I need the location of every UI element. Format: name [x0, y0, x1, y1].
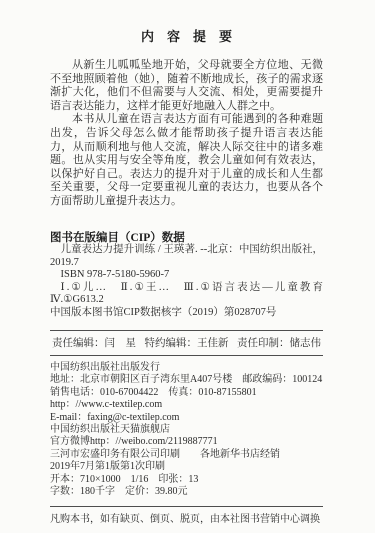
- credits-row: 责任编辑：闫 星 特约编辑：王佳新 责任印制：储志伟: [50, 331, 323, 355]
- publisher-email-line: E-mail：faxing@c-textilep.com: [50, 412, 323, 424]
- cip-title: 图书在版编目（CIP）数据: [50, 232, 323, 245]
- book-copyright-page: 内 容 提 要 从新生儿呱呱坠地开始，父母就要全方位地、无微不至地照顾着他（她）…: [0, 0, 375, 533]
- cip-classification: Ⅰ.①儿… Ⅱ.①王… Ⅲ.①语言表达—儿童教育 Ⅳ.①G613.2: [50, 282, 323, 307]
- publisher-phone-line: 销售电话：010-67004422 传真：010-87155801: [50, 387, 323, 399]
- credit-special-editor: 特约编辑：王佳新: [145, 335, 229, 350]
- publisher-info-block: 中国纺织出版社出版发行 地址：北京市朝阳区百子湾东里A407号楼 邮政编码：10…: [50, 362, 323, 498]
- publisher-weibo-line: 官方微博http：//weibo.com/2119887771: [50, 436, 323, 448]
- credit-label: 特约编辑：: [145, 338, 198, 349]
- credit-responsible-editor: 责任编辑：闫 星: [52, 335, 136, 350]
- summary-paragraph-2: 本书从儿童在语言表达方面有可能遇到的各种难题出发，告诉父母怎么做才能帮助孩子提升…: [50, 113, 323, 208]
- credit-label: 责任印制：: [237, 338, 290, 349]
- cip-record-number: 中国版本图书馆CIP数据核字（2019）第028707号: [50, 307, 323, 320]
- edition-line: 2019年7月第1版第1次印刷: [50, 461, 323, 473]
- wordcount-price-line: 字数：180千字 定价：39.80元: [50, 486, 323, 498]
- credit-name: 储志伟: [290, 338, 322, 349]
- cip-block: 图书在版编目（CIP）数据 儿童表达力提升训练 / 王瑛著. --北京：中国纺织…: [50, 232, 323, 320]
- printer-distributor-line: 三河市宏盛印务有限公司印刷 各地新华书店经销: [50, 449, 323, 461]
- credit-name: 王佳新: [197, 338, 229, 349]
- cip-isbn: ISBN 978-7-5180-5960-7: [50, 269, 323, 282]
- credit-print-supervisor: 责任印制：储志伟: [237, 335, 321, 350]
- divider-credits: [50, 355, 323, 356]
- cip-entry: 儿童表达力提升训练 / 王瑛著. --北京：中国纺织出版社，2019.7: [50, 244, 323, 269]
- publisher-website-line: http：//www.c-textilep.com: [50, 399, 323, 411]
- divider-bottom: [50, 506, 323, 507]
- exchange-notice: 凡购本书，如有缺页、倒页、脱页，由本社图书营销中心调换: [50, 513, 323, 526]
- summary-paragraph-1: 从新生儿呱呱坠地开始，父母就要全方位地、无微不至地照顾着他（她），随着不断地成长…: [50, 59, 323, 113]
- credit-label: 责任编辑：: [52, 338, 105, 349]
- content-summary-title: 内 容 提 要: [50, 26, 323, 45]
- publisher-line: 中国纺织出版社出版发行: [50, 362, 323, 374]
- format-line: 开本：710×1000 1/16 印张：13: [50, 474, 323, 486]
- credit-name: 闫 星: [105, 338, 137, 349]
- publisher-address-line: 地址：北京市朝阳区百子湾东里A407号楼 邮政编码：100124: [50, 374, 323, 386]
- publisher-tmall-line: 中国纺织出版社天猫旗舰店: [50, 424, 323, 436]
